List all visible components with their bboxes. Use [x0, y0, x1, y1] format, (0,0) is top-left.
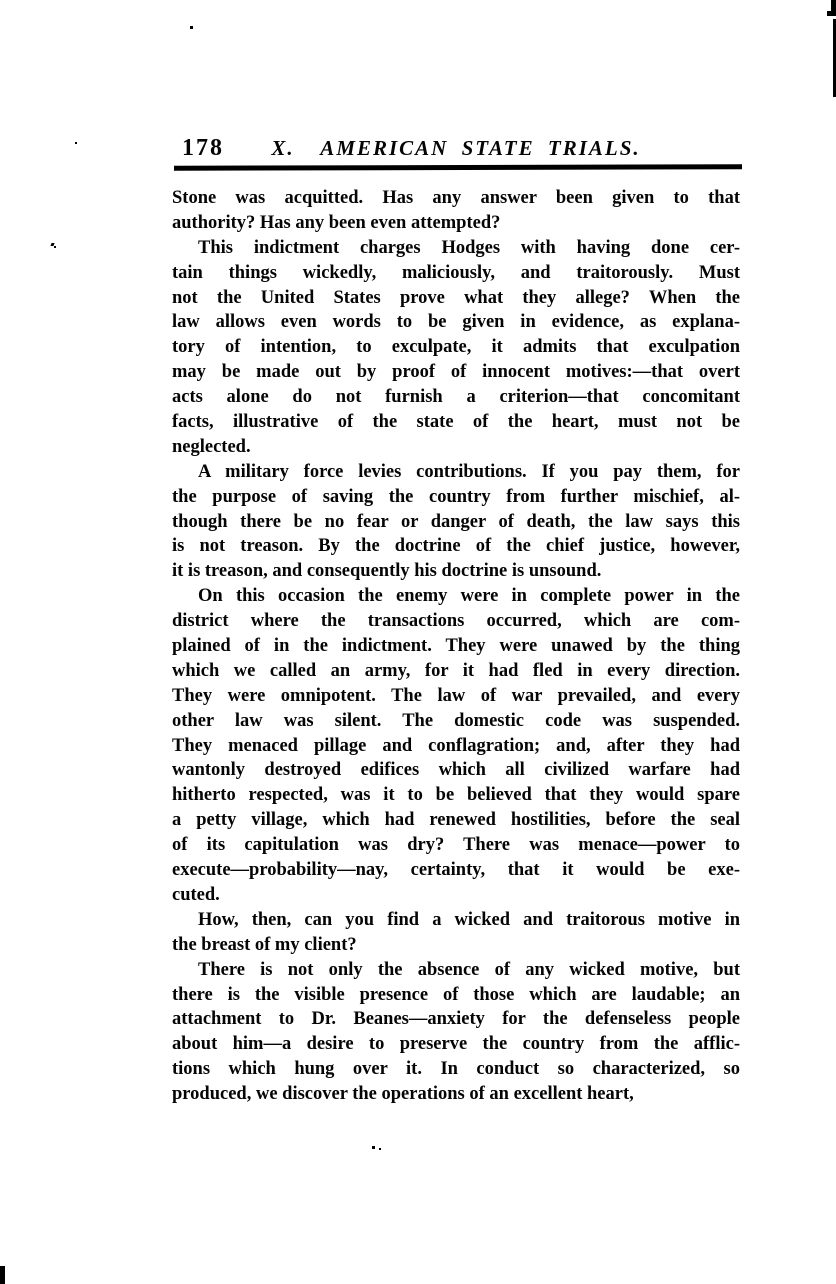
text-line: law allows even words to be given in evi…	[172, 310, 740, 335]
scan-artifact-top-dot	[190, 26, 193, 29]
paragraph: This indictment charges Hodges with havi…	[172, 236, 740, 460]
text-line: attachment to Dr. Beanes—anxiety for the…	[172, 1007, 740, 1032]
text-line: This indictment charges Hodges with havi…	[172, 236, 740, 261]
text-line: though there be no fear or danger of dea…	[172, 510, 740, 535]
text-line: execute—probability—nay, certainty, that…	[172, 858, 740, 883]
scan-artifact-margin-dot	[75, 142, 77, 144]
text-line: On this occasion the enemy were in compl…	[172, 584, 740, 609]
text-line: the breast of my client?	[172, 933, 740, 958]
text-line: district where the transactions occurred…	[172, 609, 740, 634]
scan-artifact-bottom-left-bar	[0, 1266, 5, 1284]
text-line: A military force levies contributions. I…	[172, 460, 740, 485]
text-line: There is not only the absence of any wic…	[172, 958, 740, 983]
paragraph: There is not only the absence of any wic…	[172, 958, 740, 1107]
text-line: wantonly destroyed edifices which all ci…	[172, 758, 740, 783]
scan-artifact-bottom-speck-2	[379, 1148, 381, 1150]
text-line: tain things wickedly, maliciously, and t…	[172, 261, 740, 286]
text-line: other law was silent. The domestic code …	[172, 709, 740, 734]
text-line: hitherto respected, was it to be believe…	[172, 783, 740, 808]
header-rule	[174, 164, 742, 170]
text-line: tions which hung over it. In conduct so …	[172, 1057, 740, 1082]
paragraph: Stone was acquitted. Has any answer been…	[172, 186, 740, 236]
text-line: tory of intention, to exculpate, it admi…	[172, 335, 740, 360]
text-line: cuted.	[172, 883, 740, 908]
text-line: the purpose of saving the country from f…	[172, 485, 740, 510]
text-line: produced, we discover the operations of …	[172, 1082, 740, 1107]
text-line: Stone was acquitted. Has any answer been…	[172, 186, 740, 211]
text-line: How, then, can you find a wicked and tra…	[172, 908, 740, 933]
scan-artifact-top-right-foot	[827, 11, 832, 16]
paragraph: How, then, can you find a wicked and tra…	[172, 908, 740, 958]
text-line: facts, illustrative of the state of the …	[172, 410, 740, 435]
text-line: of its capitulation was dry? There was m…	[172, 833, 740, 858]
scan-artifact-right-edge-line	[833, 19, 836, 97]
text-line: authority? Has any been even attempted?	[172, 211, 740, 236]
running-head-title: X. AMERICAN STATE TRIALS.	[172, 136, 740, 161]
text-line: may be made out by proof of innocent mot…	[172, 360, 740, 385]
text-line: neglected.	[172, 435, 740, 460]
text-line: not the United States prove what they al…	[172, 286, 740, 311]
text-line: which we called an army, for it had fled…	[172, 659, 740, 684]
text-line: about him—a desire to preserve the count…	[172, 1032, 740, 1057]
text-line: acts alone do not furnish a criterion—th…	[172, 385, 740, 410]
page-text: Stone was acquitted. Has any answer been…	[172, 186, 740, 1107]
text-line: there is the visible presence of those w…	[172, 983, 740, 1008]
scanned-book-page: 178 X. AMERICAN STATE TRIALS. Stone was …	[0, 0, 836, 1284]
scan-artifact-margin-tick-2	[54, 246, 56, 248]
text-line: They menaced pillage and conflagration; …	[172, 734, 740, 759]
text-line: a petty village, which had renewed hosti…	[172, 808, 740, 833]
text-line: is not treason. By the doctrine of the c…	[172, 534, 740, 559]
paragraph: A military force levies contributions. I…	[172, 460, 740, 584]
text-line: it is treason, and consequently his doct…	[172, 559, 740, 584]
text-line: plained of in the indictment. They were …	[172, 634, 740, 659]
paragraph: On this occasion the enemy were in compl…	[172, 584, 740, 908]
text-line: They were omnipotent. The law of war pre…	[172, 684, 740, 709]
scan-artifact-bottom-speck	[372, 1146, 375, 1149]
